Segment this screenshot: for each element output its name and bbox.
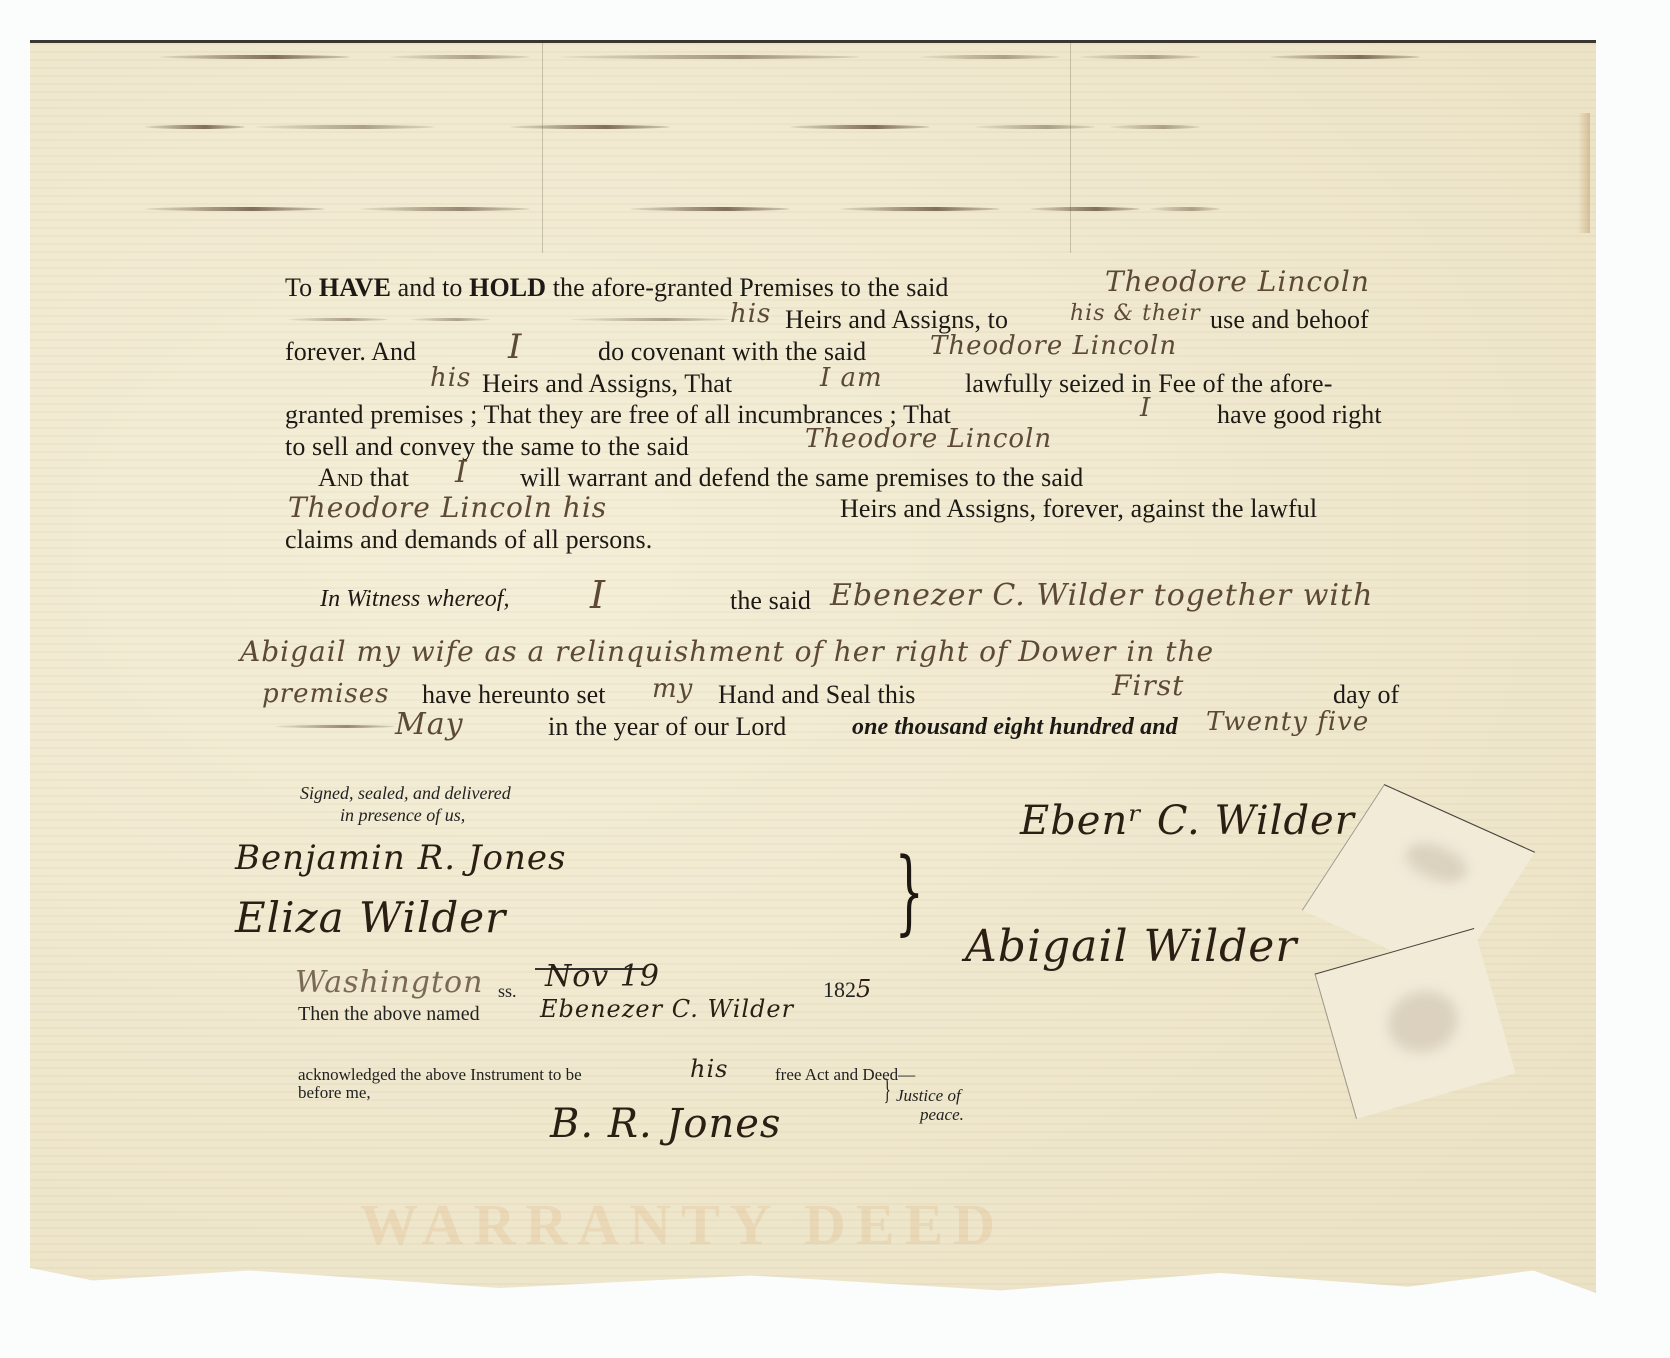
- jp-title-1: Justice of: [896, 1086, 961, 1106]
- fold-crease: [1070, 43, 1071, 253]
- header-flourish-row: [30, 207, 1596, 213]
- attestation-label-2: in presence of us,: [340, 805, 465, 826]
- header-flourish-row: [30, 125, 1596, 131]
- blank-fill-dash: [570, 318, 730, 321]
- covenant-line-4: Heirs and Assigns, That: [482, 369, 732, 399]
- testimonium-intro: In Witness whereof,: [320, 586, 510, 613]
- ack-then-named: Then the above named: [298, 1003, 480, 1026]
- year-handwritten: Twenty five: [1206, 707, 1369, 737]
- my-handwritten: my: [652, 674, 693, 704]
- grantor-signature: Ebenʳ C. Wilder: [1020, 798, 1355, 844]
- ss-label: ss.: [498, 981, 517, 1002]
- grantor-signature: Abigail Wilder: [965, 921, 1297, 972]
- jp-title-2: peace.: [920, 1105, 964, 1125]
- ack-text: acknowledged the above Instrument to be: [298, 1065, 582, 1085]
- month-handwritten: May: [395, 707, 464, 742]
- county-handwritten: Washington: [295, 965, 483, 1000]
- edge-stain: [1578, 113, 1590, 233]
- pronoun-handwritten: his & their: [1070, 301, 1201, 326]
- warranty-line-7: And that: [318, 463, 409, 493]
- attestation-label-1: Signed, sealed, and delivered: [300, 783, 511, 804]
- witness-signature: Eliza Wilder: [235, 893, 506, 942]
- ack-his-handwritten: his: [690, 1055, 728, 1083]
- deed-paper: To HAVE and to HOLD the afore-granted Pr…: [30, 40, 1596, 1293]
- dower-relinquishment-handwritten: Abigail my wife as a relinquishment of h…: [240, 635, 1214, 668]
- pronoun-handwritten: his: [430, 363, 471, 393]
- grantee-name-handwritten: Theodore Lincoln: [805, 424, 1052, 454]
- pronoun-i-handwritten: I: [508, 327, 522, 367]
- blank-fill-dash: [288, 318, 388, 321]
- habendum-line-2-end: use and behoof: [1210, 305, 1369, 335]
- ack-free-act: free Act and Deed—: [775, 1065, 915, 1085]
- jp-brace: }: [884, 1073, 891, 1107]
- fold-crease: [542, 43, 543, 253]
- testimonium-year-words: one thousand eight hundred and: [852, 714, 1178, 741]
- covenant-line-5-end: have good right: [1217, 400, 1382, 430]
- reverse-bleed-through: WARRANTY DEED: [360, 1191, 1005, 1258]
- blank-fill-dash: [410, 318, 490, 321]
- header-flourish-row: [30, 55, 1596, 61]
- covenant-line-6: to sell and convey the same to the said: [285, 432, 689, 462]
- grantee-name-handwritten: Theodore Lincoln: [1105, 265, 1370, 298]
- justice-signature: B. R. Jones: [550, 1101, 781, 1147]
- warranty-line-8: Heirs and Assigns, forever, against the …: [840, 494, 1317, 524]
- ack-date-handwritten: Nov 19: [545, 959, 660, 994]
- ack-before-me: before me,: [298, 1083, 371, 1103]
- testimonium-year: in the year of our Lord: [548, 712, 786, 742]
- pronoun-i-handwritten: I: [590, 573, 606, 617]
- warranty-line-7-end: will warrant and defend the same premise…: [520, 463, 1083, 493]
- wafer-seal: [1314, 928, 1515, 1119]
- testimonium-set-hand: have hereunto set: [422, 680, 606, 710]
- i-am-handwritten: I am: [820, 363, 883, 393]
- witness-signature: Benjamin R. Jones: [235, 838, 566, 878]
- premises-handwritten: premises: [262, 679, 390, 709]
- testimonium-day-of: day of: [1333, 680, 1399, 710]
- pronoun-handwritten: his: [730, 299, 771, 329]
- grantor-name-handwritten: Ebenezer C. Wilder together with: [830, 578, 1373, 613]
- day-handwritten: First: [1112, 669, 1184, 702]
- covenant-line-3: forever. And: [285, 337, 416, 367]
- ack-year: 1825: [823, 975, 872, 1003]
- grantee-name-handwritten: Theodore Lincoln his: [288, 491, 607, 524]
- grantee-name-handwritten: Theodore Lincoln: [930, 331, 1177, 361]
- habendum-line-1: To HAVE and to HOLD the afore-granted Pr…: [285, 273, 949, 303]
- pronoun-i-handwritten: I: [455, 455, 468, 490]
- ack-grantor-handwritten: Ebenezer C. Wilder: [540, 995, 794, 1023]
- pronoun-i-handwritten: I: [1140, 393, 1151, 423]
- testimonium-hand-seal: Hand and Seal this: [718, 680, 916, 710]
- signature-brace: }: [895, 838, 924, 945]
- warranty-line-9: claims and demands of all persons.: [285, 525, 652, 555]
- blank-fill-dash: [275, 725, 395, 728]
- testimonium-the-said: the said: [730, 586, 811, 616]
